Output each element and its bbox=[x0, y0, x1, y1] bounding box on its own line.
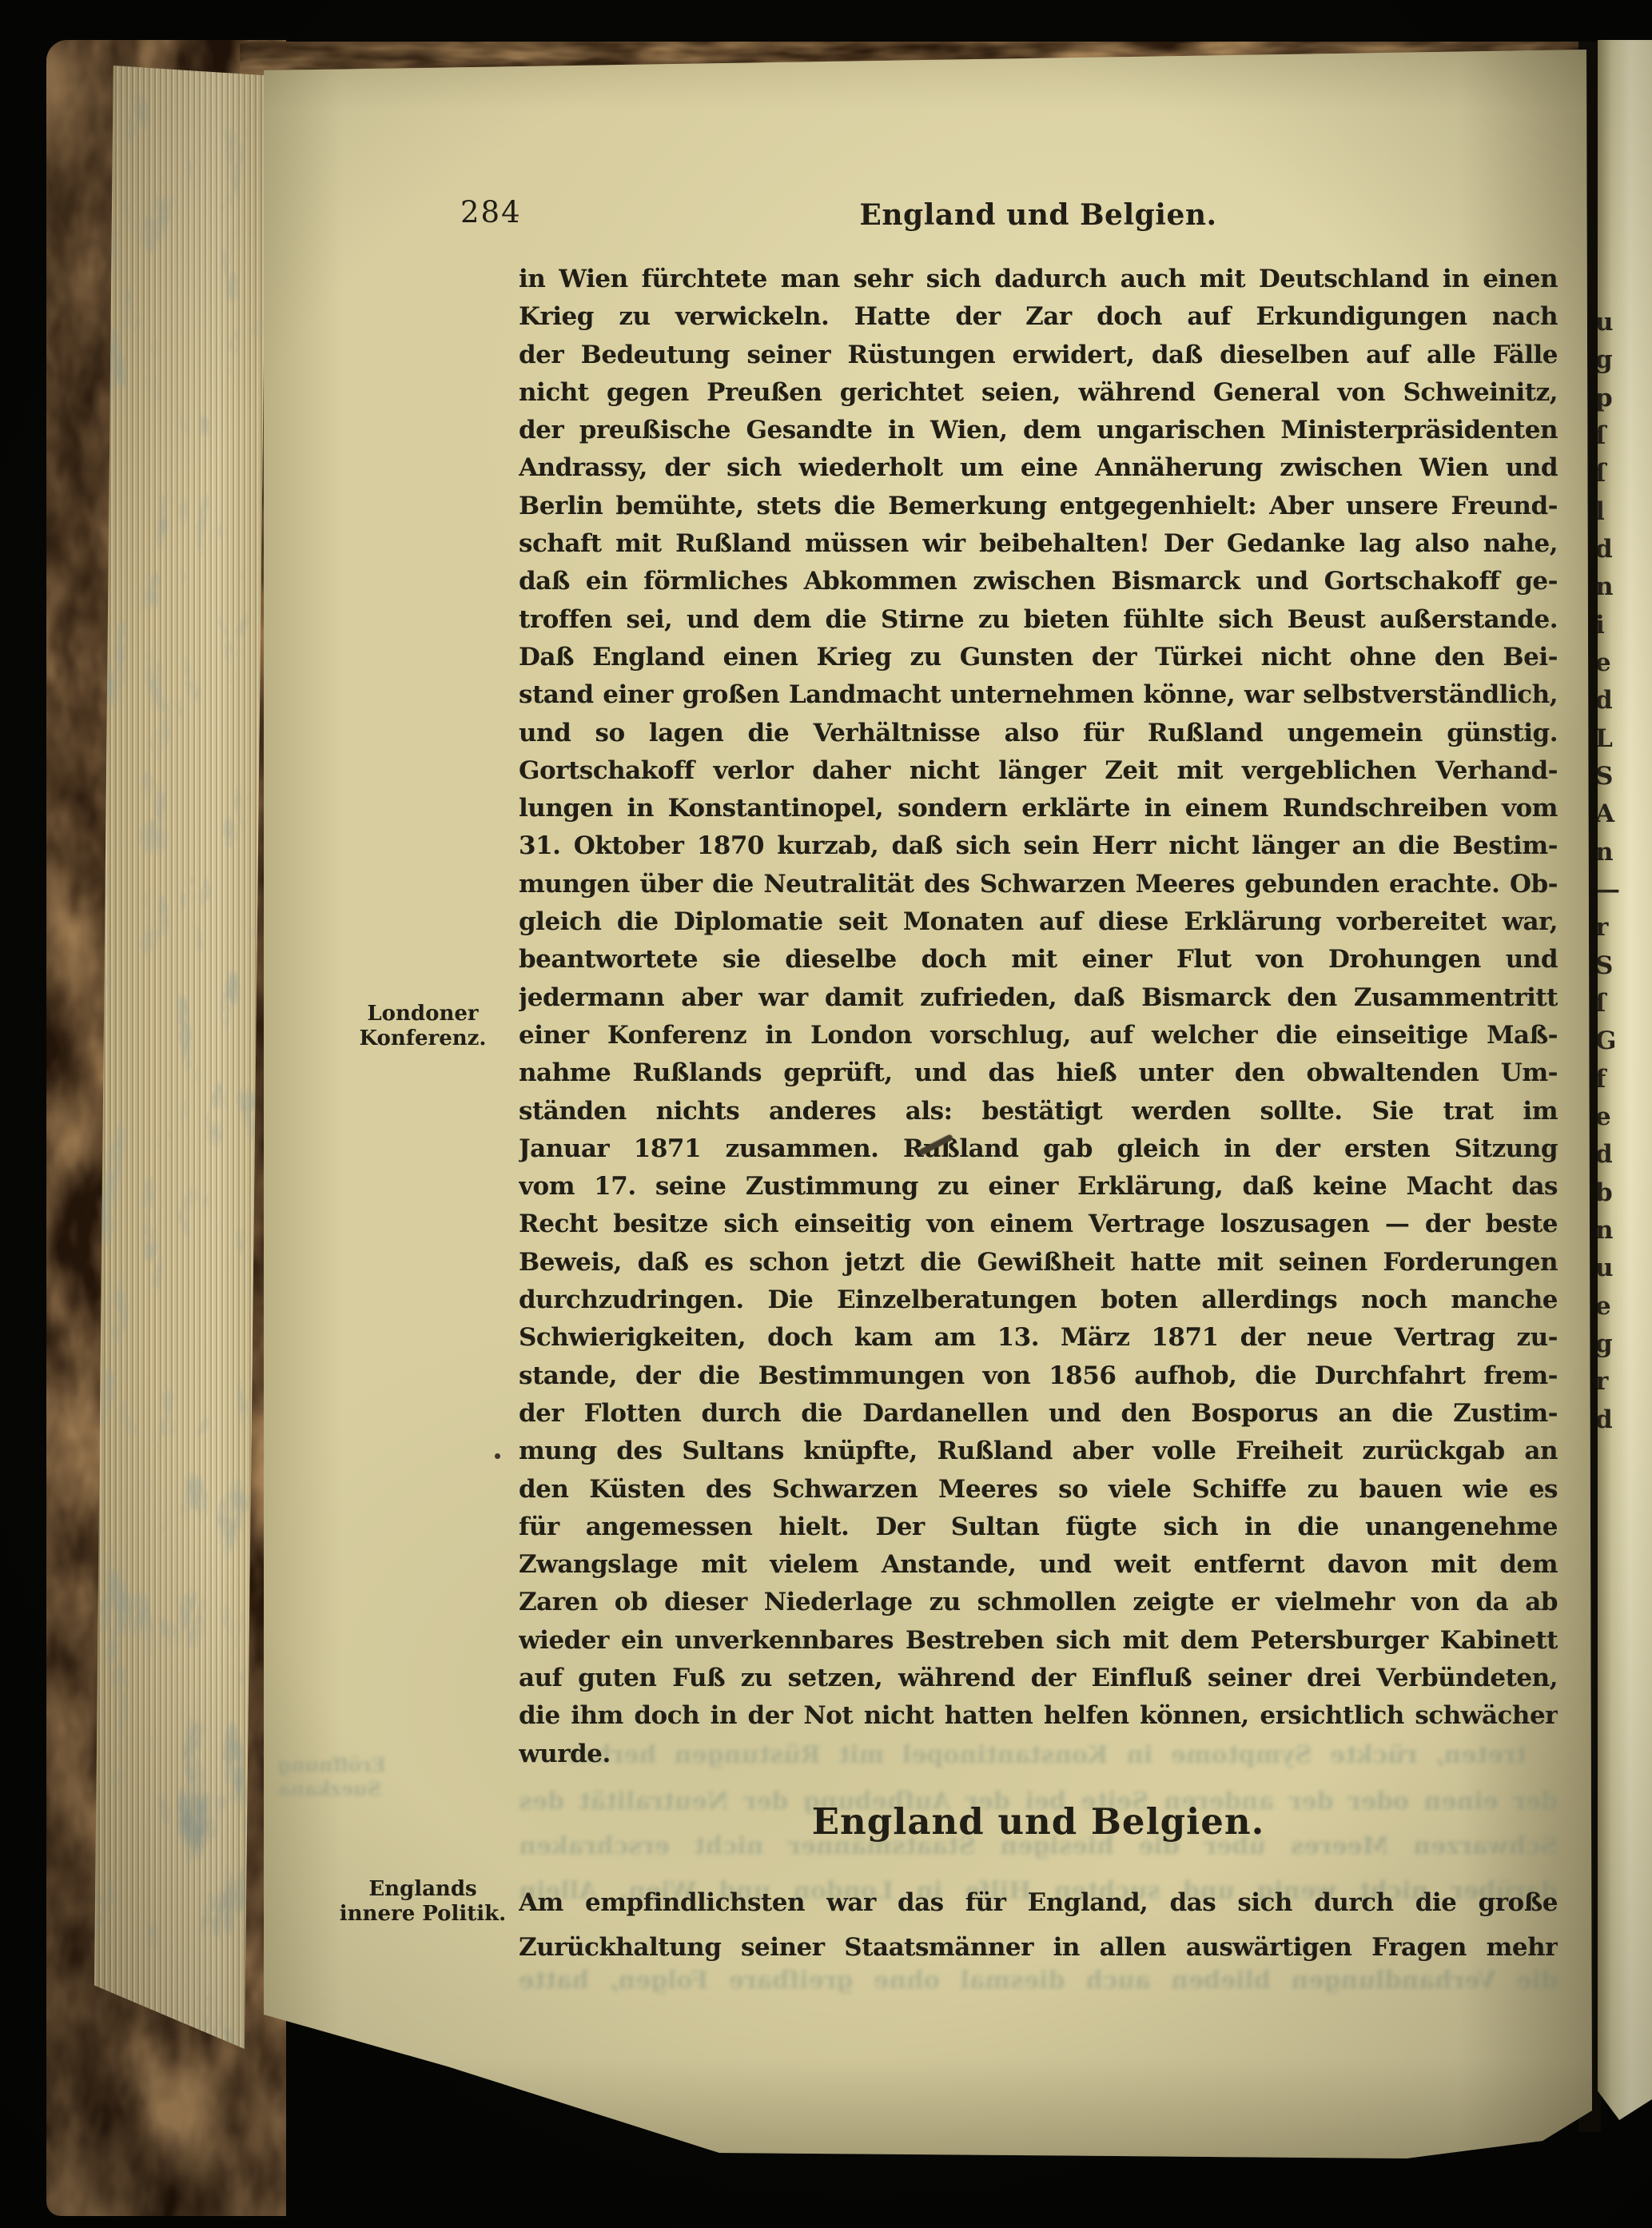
body-text-line: der Flotten durch die Dardanellen und de… bbox=[519, 1395, 1558, 1433]
ghost-showthrough-line: die Verhandlungen blieben auch diesmal o… bbox=[519, 1965, 1558, 1997]
body-text-line: vom 17. seine Zustimmung zu einer Erklär… bbox=[519, 1168, 1558, 1206]
body-text-line: Schwierigkeiten, doch kam am 13. März 18… bbox=[519, 1319, 1558, 1357]
body-text-line: einer Konferenz in London vorschlug, auf… bbox=[519, 1017, 1558, 1054]
body-text-line: Zurückhaltung seiner Staatsmänner in all… bbox=[519, 1925, 1558, 1970]
body-text-line: lungen in Konstantinopel, sondern erklär… bbox=[519, 790, 1558, 827]
body-text-line: Krieg zu verwickeln. Hatte der Zar doch … bbox=[519, 298, 1558, 336]
body-text-line: daß ein förmliches Abkommen zwischen Bis… bbox=[519, 563, 1558, 600]
body-text-line: der Bedeutung seiner Rüstungen erwidert,… bbox=[519, 337, 1558, 374]
section-heading: England und Belgien. bbox=[519, 1800, 1558, 1843]
body-text-line: Am empfindlichsten war das für England, … bbox=[519, 1880, 1558, 1925]
body-text-line: Januar 1871 zusammen. Rußland gab gleich… bbox=[519, 1130, 1558, 1168]
margin-note-line: Konferenz. bbox=[332, 1026, 513, 1051]
stray-ink-dot bbox=[495, 1453, 500, 1459]
body-text-line: Recht besitze sich einseitig von einem V… bbox=[519, 1206, 1558, 1243]
body-text-line: schaft mit Rußland müssen wir beibehalte… bbox=[519, 525, 1558, 563]
body-text-line: Berlin bemühte, stets die Bemerkung entg… bbox=[519, 488, 1558, 525]
body-text-line: Zwangslage mit vielem Anstande, und weit… bbox=[519, 1546, 1558, 1584]
body-text-line: ständen nichts anderes als: bestätigt we… bbox=[519, 1093, 1558, 1130]
body-text-line: jedermann aber war damit zufrieden, daß … bbox=[519, 979, 1558, 1017]
margin-note-line: innere Politik. bbox=[332, 1902, 513, 1927]
book-scan-photo: ugpſſldniedLSAn—rSſGfedbnuegrd treten, r… bbox=[0, 0, 1652, 2228]
body-text-line: gleich die Diplomatie seit Monaten auf d… bbox=[519, 903, 1558, 941]
body-text-line: der preußische Gesandte in Wien, dem ung… bbox=[519, 412, 1558, 449]
body-text-line: auf guten Fuß zu setzen, während der Ein… bbox=[519, 1660, 1558, 1697]
body-text-line: nahme Rußlands geprüft, und das hieß unt… bbox=[519, 1054, 1558, 1092]
body-text-line: in Wien fürchtete man sehr sich dadurch … bbox=[519, 261, 1558, 298]
body-text-line: Andrassy, der sich wiederholt um eine An… bbox=[519, 449, 1558, 487]
body-text-line: die ihm doch in der Not nicht hatten hel… bbox=[519, 1697, 1558, 1735]
margin-note-londoner-konferenz: Londoner Konferenz. bbox=[332, 1002, 513, 1051]
body-text-line: wieder ein unverkennbares Bestreben sich… bbox=[519, 1622, 1558, 1660]
body-text-line: Daß England einen Krieg zu Gunsten der T… bbox=[519, 639, 1558, 676]
body-text-line: nicht gegen Preußen gerichtet seien, wäh… bbox=[519, 374, 1558, 412]
body-text-line: troffen sei, und dem die Stirne zu biete… bbox=[519, 601, 1558, 639]
body-text-line: 31. Oktober 1870 kurzab, daß sich sein H… bbox=[519, 827, 1558, 865]
body-text-line: mung des Sultans knüpfte, Rußland aber v… bbox=[519, 1433, 1558, 1470]
body-text-line: stande, der die Bestimmungen von 1856 au… bbox=[519, 1357, 1558, 1395]
ghost-showthrough-line: Suezkanals. bbox=[276, 1773, 381, 1805]
margin-note-englands-innere-politik: Englands innere Politik. bbox=[332, 1877, 513, 1927]
body-text-line: wurde. bbox=[519, 1736, 1558, 1773]
body-text-line: mungen über die Neutralität des Schwarze… bbox=[519, 866, 1558, 903]
body-text-line: und so lagen die Verhältnisse also für R… bbox=[519, 715, 1558, 752]
body-text-line: beantwortete sie dieselbe doch mit einer… bbox=[519, 941, 1558, 978]
body-text-line: Beweis, daß es schon jetzt die Gewißheit… bbox=[519, 1244, 1558, 1281]
body-text-line: stand einer großen Landmacht unternehmen… bbox=[519, 676, 1558, 714]
body-text-line: Zaren ob dieser Niederlage zu schmollen … bbox=[519, 1584, 1558, 1621]
body-text-line: Gortschakoff verlor daher nicht länger Z… bbox=[519, 752, 1558, 790]
body-text-line: den Küsten des Schwarzen Meeres so viele… bbox=[519, 1471, 1558, 1509]
body-text-line: für angemessen hielt. Der Sultan fügte s… bbox=[519, 1509, 1558, 1546]
body-text-line: durchzudringen. Die Einzelberatungen bot… bbox=[519, 1281, 1558, 1319]
running-header: England und Belgien. bbox=[519, 198, 1558, 232]
second-paragraph: Am empfindlichsten war das für England, … bbox=[519, 1880, 1558, 1970]
margin-note-line: Londoner bbox=[332, 1002, 513, 1026]
body-text-block: in Wien fürchtete man sehr sich dadurch … bbox=[519, 261, 1558, 1773]
margin-note-line: Englands bbox=[332, 1877, 513, 1902]
